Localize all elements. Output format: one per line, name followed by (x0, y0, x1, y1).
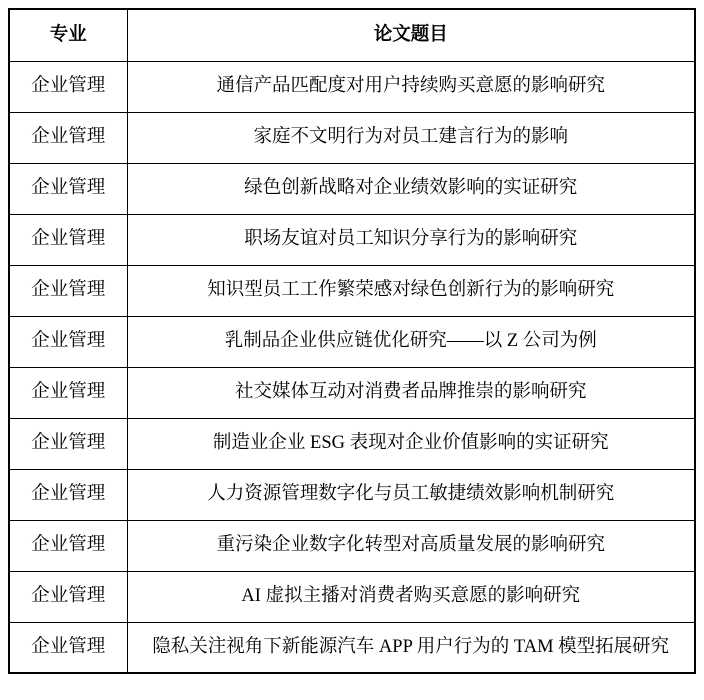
title-cell: 绿色创新战略对企业绩效影响的实证研究 (127, 163, 695, 214)
table-row: 企业管理 绿色创新战略对企业绩效影响的实证研究 (9, 163, 695, 214)
table-row: 企业管理 乳制品企业供应链优化研究——以 Z 公司为例 (9, 316, 695, 367)
document-page: 专业 论文题目 企业管理 通信产品匹配度对用户持续购买意愿的影响研究 企业管理 … (0, 0, 704, 700)
table-header-row: 专业 论文题目 (9, 9, 695, 61)
title-cell: 人力资源管理数字化与员工敏捷绩效影响机制研究 (127, 469, 695, 520)
table-row: 企业管理 人力资源管理数字化与员工敏捷绩效影响机制研究 (9, 469, 695, 520)
major-cell: 企业管理 (9, 214, 127, 265)
major-cell: 企业管理 (9, 316, 127, 367)
major-cell: 企业管理 (9, 622, 127, 673)
major-cell: 企业管理 (9, 367, 127, 418)
major-cell: 企业管理 (9, 469, 127, 520)
title-cell: 家庭不文明行为对员工建言行为的影响 (127, 112, 695, 163)
major-cell: 企业管理 (9, 571, 127, 622)
title-cell: 知识型员工工作繁荣感对绿色创新行为的影响研究 (127, 265, 695, 316)
table-row: 企业管理 职场友谊对员工知识分享行为的影响研究 (9, 214, 695, 265)
title-cell: 乳制品企业供应链优化研究——以 Z 公司为例 (127, 316, 695, 367)
table-row: 企业管理 社交媒体互动对消费者品牌推崇的影响研究 (9, 367, 695, 418)
table-row: 企业管理 重污染企业数字化转型对高质量发展的影响研究 (9, 520, 695, 571)
title-cell: 隐私关注视角下新能源汽车 APP 用户行为的 TAM 模型拓展研究 (127, 622, 695, 673)
major-cell: 企业管理 (9, 163, 127, 214)
table-row: 企业管理 制造业企业 ESG 表现对企业价值影响的实证研究 (9, 418, 695, 469)
table-row: 企业管理 隐私关注视角下新能源汽车 APP 用户行为的 TAM 模型拓展研究 (9, 622, 695, 673)
table-row: 企业管理 家庭不文明行为对员工建言行为的影响 (9, 112, 695, 163)
major-cell: 企业管理 (9, 61, 127, 112)
thesis-title-table: 专业 论文题目 企业管理 通信产品匹配度对用户持续购买意愿的影响研究 企业管理 … (8, 8, 696, 674)
table-row: 企业管理 知识型员工工作繁荣感对绿色创新行为的影响研究 (9, 265, 695, 316)
title-cell: 通信产品匹配度对用户持续购买意愿的影响研究 (127, 61, 695, 112)
major-cell: 企业管理 (9, 112, 127, 163)
header-major: 专业 (9, 9, 127, 61)
major-cell: 企业管理 (9, 418, 127, 469)
title-cell: 重污染企业数字化转型对高质量发展的影响研究 (127, 520, 695, 571)
title-cell: 社交媒体互动对消费者品牌推崇的影响研究 (127, 367, 695, 418)
major-cell: 企业管理 (9, 265, 127, 316)
header-title: 论文题目 (127, 9, 695, 61)
title-cell: AI 虚拟主播对消费者购买意愿的影响研究 (127, 571, 695, 622)
title-cell: 制造业企业 ESG 表现对企业价值影响的实证研究 (127, 418, 695, 469)
table-row: 企业管理 通信产品匹配度对用户持续购买意愿的影响研究 (9, 61, 695, 112)
major-cell: 企业管理 (9, 520, 127, 571)
table-row: 企业管理 AI 虚拟主播对消费者购买意愿的影响研究 (9, 571, 695, 622)
title-cell: 职场友谊对员工知识分享行为的影响研究 (127, 214, 695, 265)
